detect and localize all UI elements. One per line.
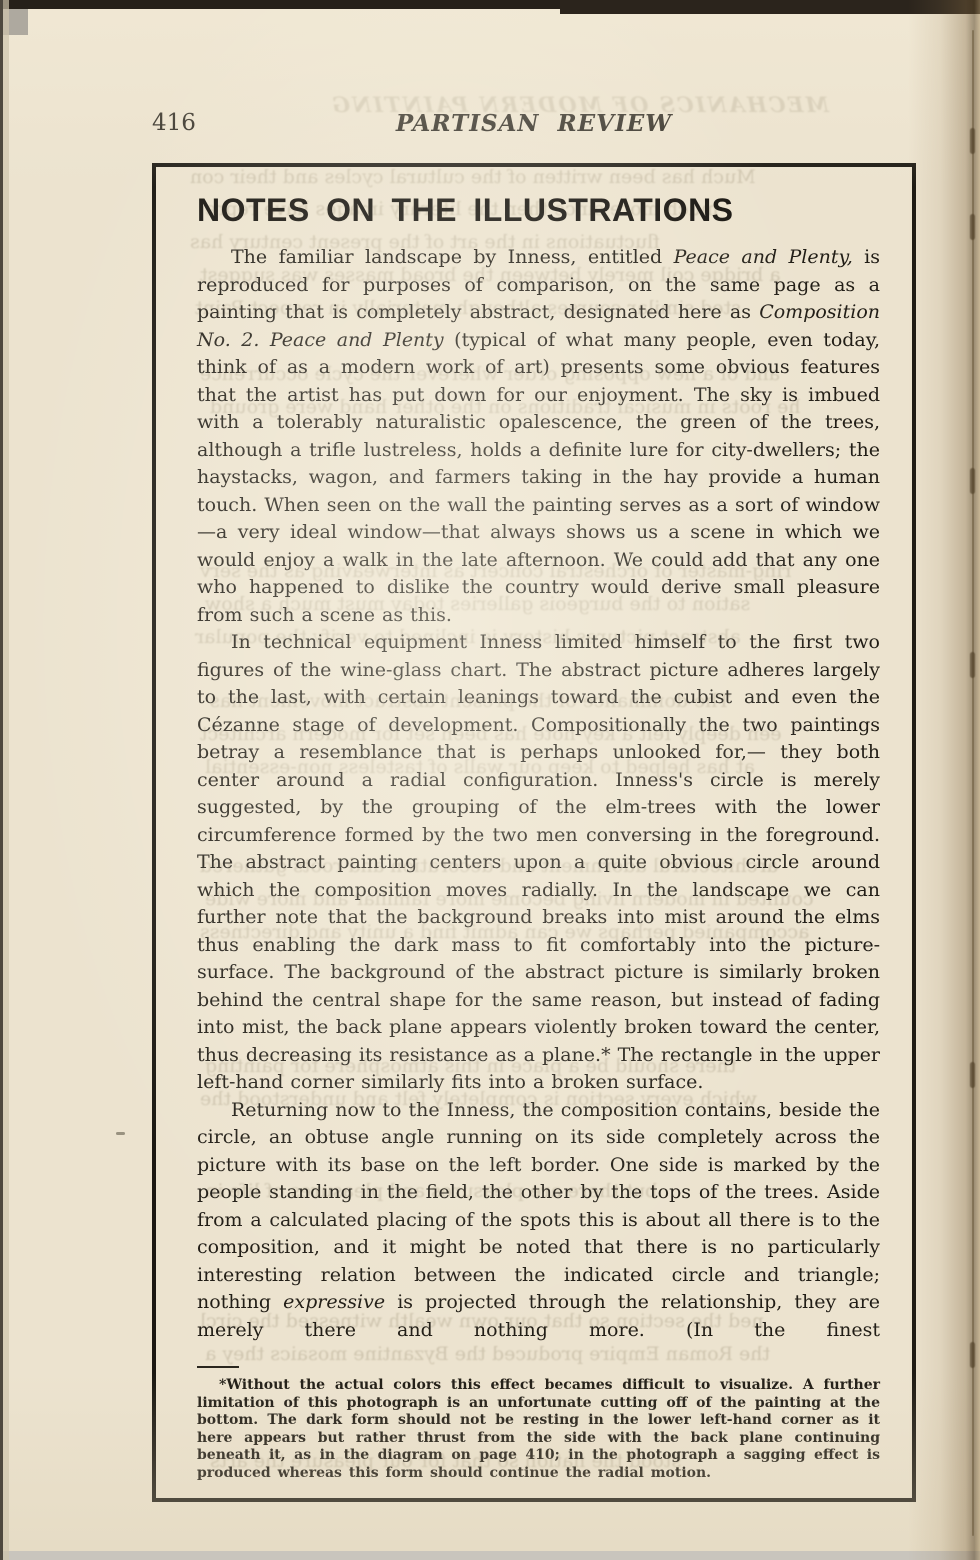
scan-edge-left-soft: [3, 0, 9, 1560]
running-head: 416 PARTISAN REVIEW: [152, 110, 916, 140]
page-edge-tick: [970, 1342, 975, 1368]
footnote-area: *Without the actual colors this effect b…: [197, 1366, 880, 1482]
page-edge-tick: [970, 652, 975, 678]
footnote: *Without the actual colors this effect b…: [197, 1377, 880, 1482]
scanned-page: MECHANICS OF MODERN PAINTINGMuch has bee…: [0, 0, 980, 1560]
page-edge-line: [972, 30, 974, 1536]
journal-title: PARTISAN REVIEW: [152, 110, 916, 137]
page-edge-tick: [970, 128, 975, 154]
paragraph: The familiar landscape by Inness, entitl…: [197, 244, 880, 629]
paragraph: In technical equipment Inness limited hi…: [197, 629, 880, 1097]
scan-edge-bottom: [0, 1551, 980, 1560]
page-edge-tick: [970, 214, 975, 240]
border-dash-artifact: [874, 1499, 904, 1502]
article-body: The familiar landscape by Inness, entitl…: [197, 244, 880, 1344]
stray-mark: [116, 1132, 125, 1135]
paragraph: Returning now to the Inness, the composi…: [197, 1097, 880, 1345]
article-box: NOTES ON THE ILLUSTRATIONS The familiar …: [152, 163, 916, 1502]
article-title: NOTES ON THE ILLUSTRATIONS: [197, 192, 912, 229]
scan-edge-top-right: [560, 0, 980, 14]
footnote-separator: [197, 1366, 239, 1368]
page-edge-tick: [970, 1062, 975, 1088]
border-break-artifact: [856, 1497, 872, 1502]
page-edge-tick: [970, 468, 975, 494]
